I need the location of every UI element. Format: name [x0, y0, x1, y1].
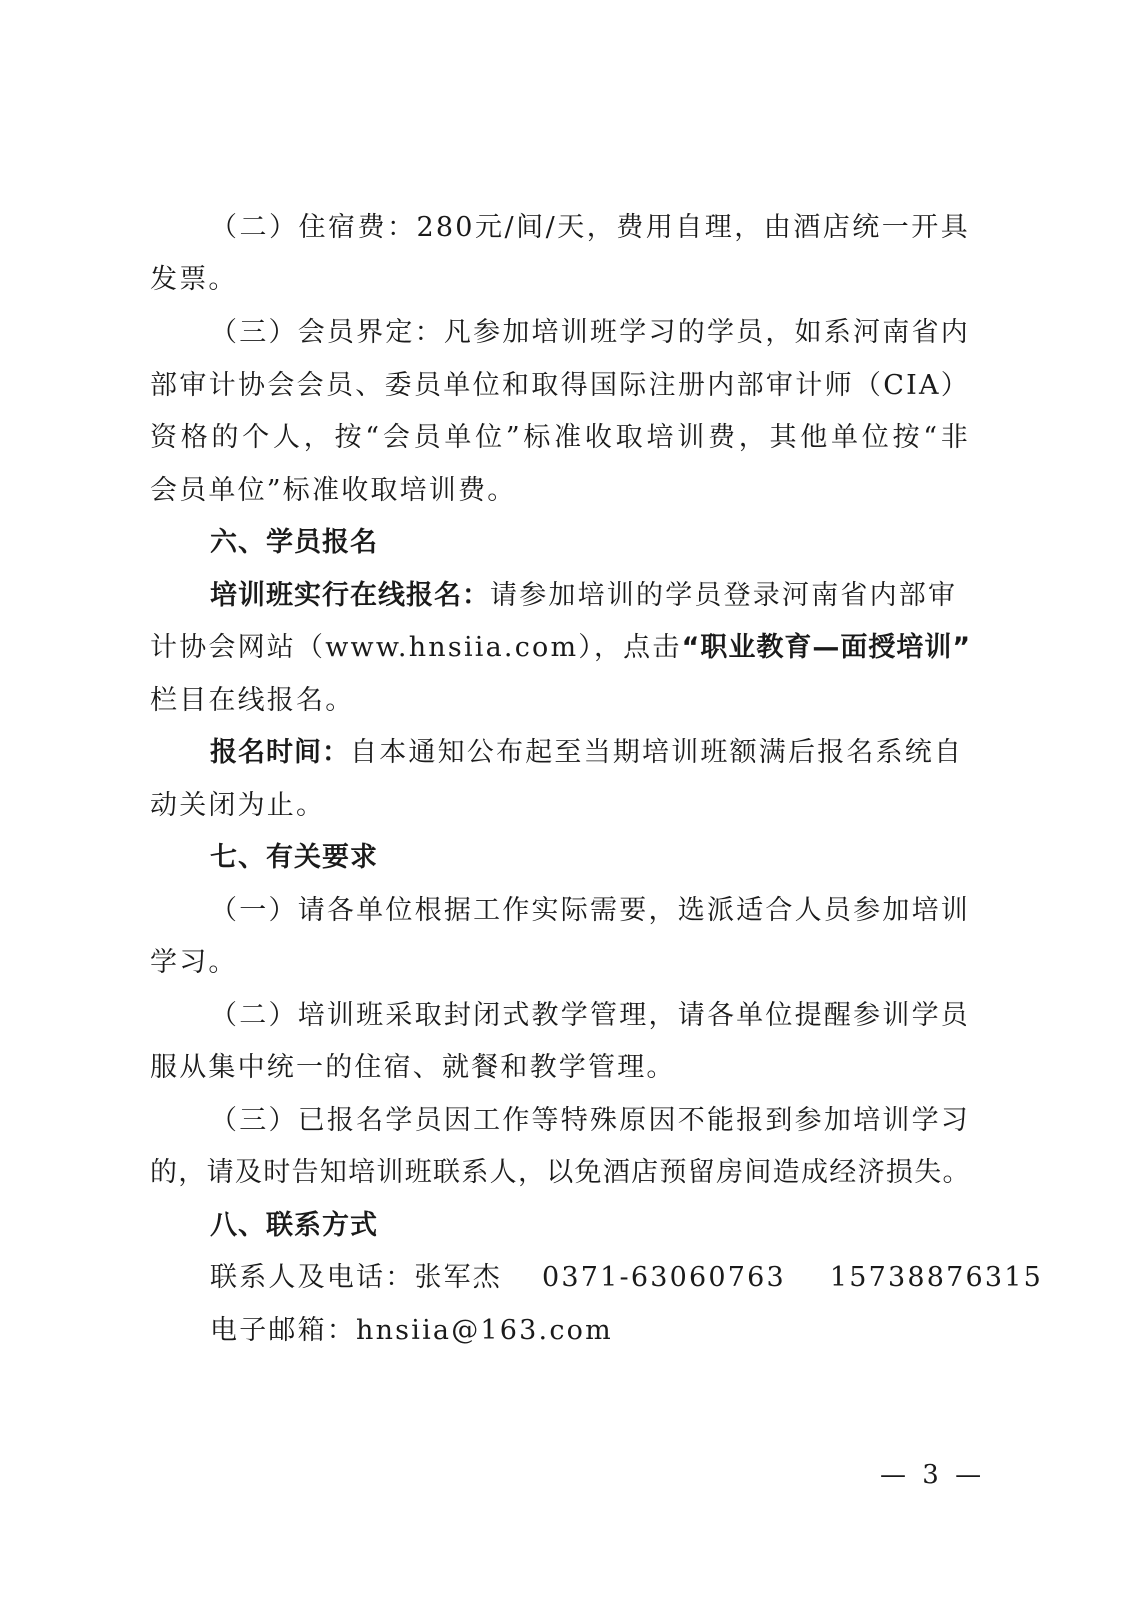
- online-registration-line-1: 培训班实行在线报名：请参加培训的学员登录河南省内部审: [210, 579, 970, 613]
- requirement-2-line-2: 服从集中统一的住宿、就餐和教学管理。: [150, 1051, 970, 1085]
- accommodation-fee-line-1: （二）住宿费：280元/间/天，费用自理，由酒店统一开具: [210, 211, 970, 245]
- contact-label: 联系人及电话：: [210, 1262, 414, 1293]
- requirement-2-line-1: （二）培训班采取封闭式教学管理，请各单位提醒参训学员: [210, 999, 970, 1033]
- membership-line-1: （三）会员界定：凡参加培训班学习的学员，如系河南省内: [210, 316, 970, 350]
- membership-line-2: 部审计协会会员、委员单位和取得国际注册内部审计师（CIA）: [150, 369, 970, 403]
- email-address: hnsiia@163.com: [356, 1315, 613, 1346]
- registration-time-line-2: 动关闭为止。: [150, 789, 970, 823]
- contact-line: 联系人及电话：张军杰0371-6306076315738876315: [210, 1261, 970, 1295]
- online-registration-text: 请参加培训的学员登录河南省内部审: [490, 580, 957, 611]
- email-line: 电子邮箱：hnsiia@163.com: [210, 1314, 970, 1348]
- email-label: 电子邮箱：: [210, 1315, 356, 1346]
- website-text: 计协会网站（www.hnsiia.com），点击: [150, 632, 682, 663]
- membership-line-3: 资格的个人，按“会员单位”标准收取培训费，其他单位按“非: [150, 421, 970, 455]
- contact-phone-landline: 0371-63060763: [542, 1262, 786, 1293]
- online-registration-line-3: 栏目在线报名。: [150, 684, 970, 718]
- accommodation-fee-line-2: 发票。: [150, 263, 970, 297]
- requirement-3-line-1: （三）已报名学员因工作等特殊原因不能报到参加培训学习: [210, 1104, 970, 1138]
- section-heading-requirements: 七、有关要求: [210, 841, 970, 875]
- registration-time-label: 报名时间：: [210, 737, 350, 768]
- section-heading-registration: 六、学员报名: [210, 526, 970, 560]
- online-registration-label: 培训班实行在线报名：: [210, 580, 490, 611]
- requirement-1-line-1: （一）请各单位根据工作实际需要，选派适合人员参加培训: [210, 894, 970, 928]
- online-registration-line-2: 计协会网站（www.hnsiia.com），点击“职业教育—面授培训”: [150, 631, 970, 665]
- page-number: — 3 —: [880, 1460, 985, 1490]
- membership-line-4: 会员单位”标准收取培训费。: [150, 474, 970, 508]
- menu-path: “职业教育—面授培训”: [682, 632, 972, 663]
- requirement-3-line-2: 的，请及时告知培训班联系人，以免酒店预留房间造成经济损失。: [150, 1156, 970, 1190]
- requirement-1-line-2: 学习。: [150, 946, 970, 980]
- registration-time-line-1: 报名时间：自本通知公布起至当期培训班额满后报名系统自: [210, 736, 970, 770]
- section-heading-contact: 八、联系方式: [210, 1209, 970, 1243]
- registration-time-text: 自本通知公布起至当期培训班额满后报名系统自: [350, 737, 963, 768]
- contact-phone-mobile: 15738876315: [830, 1262, 1043, 1293]
- contact-name: 张军杰: [414, 1262, 502, 1293]
